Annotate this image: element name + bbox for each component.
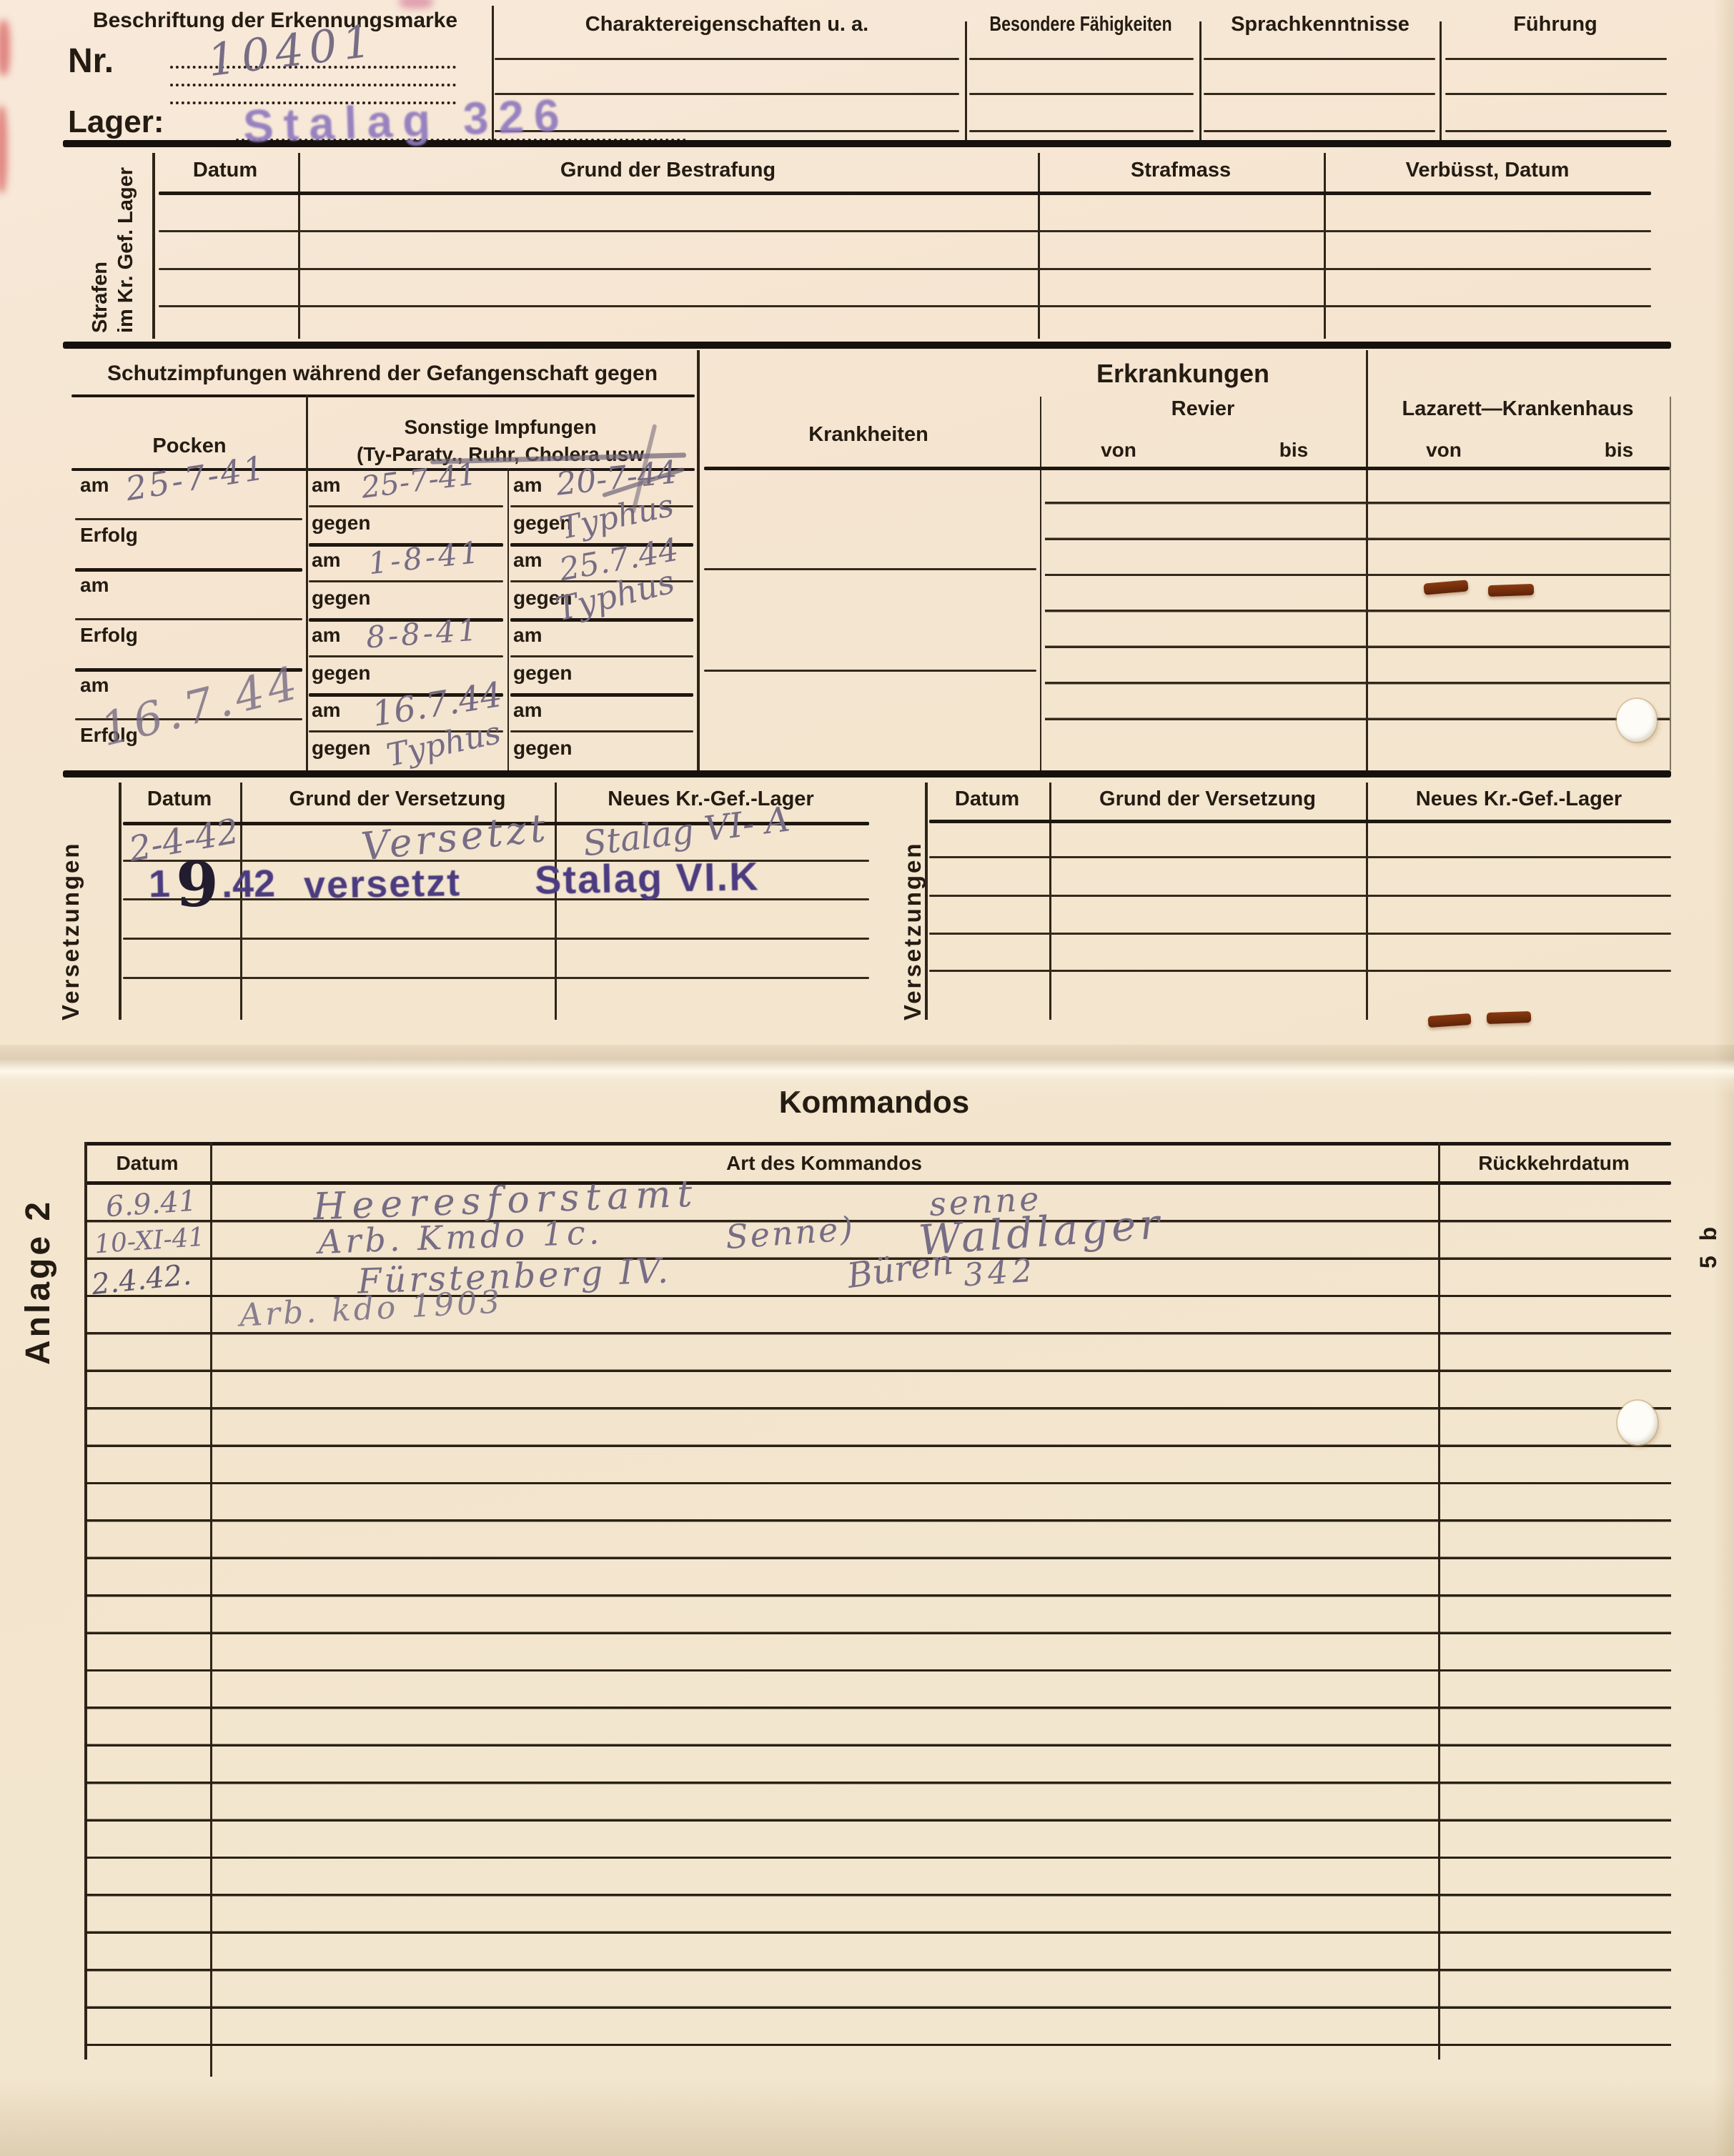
rule-line [75,568,302,572]
rule-line [969,130,1194,132]
versetzung-overwritten-digit: 9 [176,849,219,921]
bottom-shading [0,2080,1734,2156]
versetzungen-col-lager: Neues Kr.-Gef.-Lager [1366,788,1672,811]
pocken-row-label: Erfolg [80,624,138,647]
rule-line [929,820,1671,823]
rule-line [1445,58,1667,60]
rule-line [704,670,1036,672]
rule-line [929,895,1671,897]
rule-line [929,933,1671,935]
kommandos-col-art: Art des Kommandos [210,1152,1438,1175]
rule-line [309,580,503,582]
erkrankungen-revier-von: von [1072,439,1165,462]
rule-line [969,93,1194,95]
kommando-datum: 6.9.41 [105,1185,198,1224]
impfung-row-label: am [513,549,542,572]
erkrankungen-lazarett-von: von [1397,439,1490,462]
pocken-row-label: am [80,574,109,597]
strafen-col-grund: Grund der Bestrafung [298,159,1038,182]
versetzung-stamp-datum-suffix: .42 [221,861,275,906]
rule-line [510,618,693,622]
rule-line [75,518,302,520]
pocken-row-label: am [80,474,109,497]
versetzungen-col-datum: Datum [925,788,1049,811]
rust-staple-mark [1487,1011,1532,1024]
rule-line [159,230,1651,232]
versetzung-stamp-datum: 1 [148,862,170,907]
anlage-label: Anlage 2 [19,1199,58,1365]
impfungen-col-sonstige-line1: Sonstige Impfungen [306,416,695,439]
section-separator [63,770,1671,778]
divider [507,468,509,770]
impfung-row-label: am [513,624,542,647]
impfung-row-label: gegen [513,662,572,685]
impfung-row-label: gegen [312,587,370,610]
divider [1040,397,1041,770]
erkrankungen-col-lazarett: Lazarett—Krankenhaus [1366,397,1670,421]
section-separator [63,342,1671,349]
rule-line [1204,58,1435,60]
divider [306,394,308,770]
versetzungen-col-lager: Neues Kr.-Gef.-Lager [555,788,867,811]
impfung-row-label: gegen [312,737,370,760]
impfung-row-label: gegen [312,662,370,685]
card-fold-edge [0,1045,1734,1095]
rule-line [309,655,503,657]
impfung-row-label: gegen [312,512,370,535]
rule-line [1204,93,1435,95]
rule-line [123,938,869,940]
rule-line [71,394,695,397]
erkrankungen-title: Erkrankungen [697,359,1669,389]
rule-line [159,268,1651,270]
punch-hole [1617,699,1657,742]
col-header-sprachen: Sprachkenntnisse [1202,13,1438,36]
impfung-row-label: am [513,699,542,722]
pocken-row-label: am [80,674,109,697]
rule-line [704,568,1036,570]
red-edge-mark [399,0,433,9]
erkrankungen-col-krankheiten: Krankheiten [697,423,1040,447]
rule-line [1445,130,1667,132]
rule-line [929,856,1671,858]
divider [1670,397,1671,770]
rule-line [309,505,503,507]
versetzungen-col-grund: Grund der Versetzung [1049,788,1366,811]
kommando-art: 342 [962,1253,1037,1294]
rule-line [159,192,1651,195]
strafen-col-strafmass: Strafmass [1038,159,1324,182]
impfung-row-label: am [312,549,340,572]
strafen-side-label-line1: Strafen [87,167,113,333]
col-header-charakter: Charaktereigenschaften u. a. [495,13,959,36]
rule-line [969,58,1194,60]
rule-line [495,58,959,60]
divider [1199,21,1202,141]
impfungen-col-pocken: Pocken [75,434,304,458]
erkrankungen-col-revier: Revier [1040,397,1366,421]
versetzungen-col-grund: Grund der Versetzung [240,788,555,811]
rule-line [159,305,1651,307]
versetzungen-side-label: Versetzungen [899,841,926,1020]
impfung-handwritten: 8-8-41 [365,612,480,655]
punch-hole [1617,1401,1658,1445]
pocken-row-label: Erfolg [80,524,138,547]
divider [697,350,700,770]
erkrankungen-lazarett-bis: bis [1572,439,1665,462]
col-header-faehigkeiten: Besondere Fähigkeiten [989,13,1172,36]
impfung-handwritten: 1-8-41 [367,535,484,581]
divider [1366,783,1368,1020]
kommandos-col-rueckkehr: Rückkehrdatum [1438,1152,1670,1175]
nr-label: Nr. [68,41,114,81]
revier-lazarett-rows [1045,468,1670,754]
divider [1440,21,1442,141]
kommandos-col-datum: Datum [84,1152,210,1175]
rule-line [84,1142,1671,1146]
versetzungen-side-label: Versetzungen [57,841,84,1020]
impfung-row-label: gegen [513,737,572,760]
strafen-side-label-line2: im Kr. Gef. Lager [113,167,139,333]
rule-line [1445,93,1667,95]
rule-line [75,618,302,620]
rule-line [510,693,693,697]
rust-staple-mark [1428,1013,1472,1028]
versetzung-stamp-grund: versetzt [303,860,461,908]
pow-record-card: Beschriftung der Erkennungsmarke Nr. 104… [0,0,1734,2156]
rule-line [510,730,693,732]
rust-staple-mark [1488,584,1535,597]
impfung-row-label: am [513,474,542,497]
rule-line [929,970,1671,972]
versetzungen-col-datum: Datum [119,788,240,811]
divider [925,783,928,1020]
rule-line [123,977,869,979]
impfung-row-label: am [312,624,340,647]
red-edge-mark [0,20,10,76]
col-header-fuehrung: Führung [1444,13,1667,36]
rule-line [510,655,693,657]
impfungen-title: Schutzimpfungen während der Gefangenscha… [71,362,693,386]
strafen-col-verbuesst: Verbüsst, Datum [1324,159,1651,182]
lager-label: Lager: [68,104,164,140]
impfung-row-label: am [312,699,340,722]
strafen-side-label: Strafen im Kr. Gef. Lager [87,167,139,333]
impfung-row-label: am [312,474,340,497]
versetzung-stamp-lager: Stalag VI.K [534,853,760,903]
strafen-col-datum: Datum [152,159,298,182]
red-edge-mark [0,106,7,193]
erkrankungen-revier-bis: bis [1247,439,1340,462]
divider [119,783,122,1020]
divider [965,21,967,141]
rule-line [1204,130,1435,132]
divider [1049,783,1051,1020]
